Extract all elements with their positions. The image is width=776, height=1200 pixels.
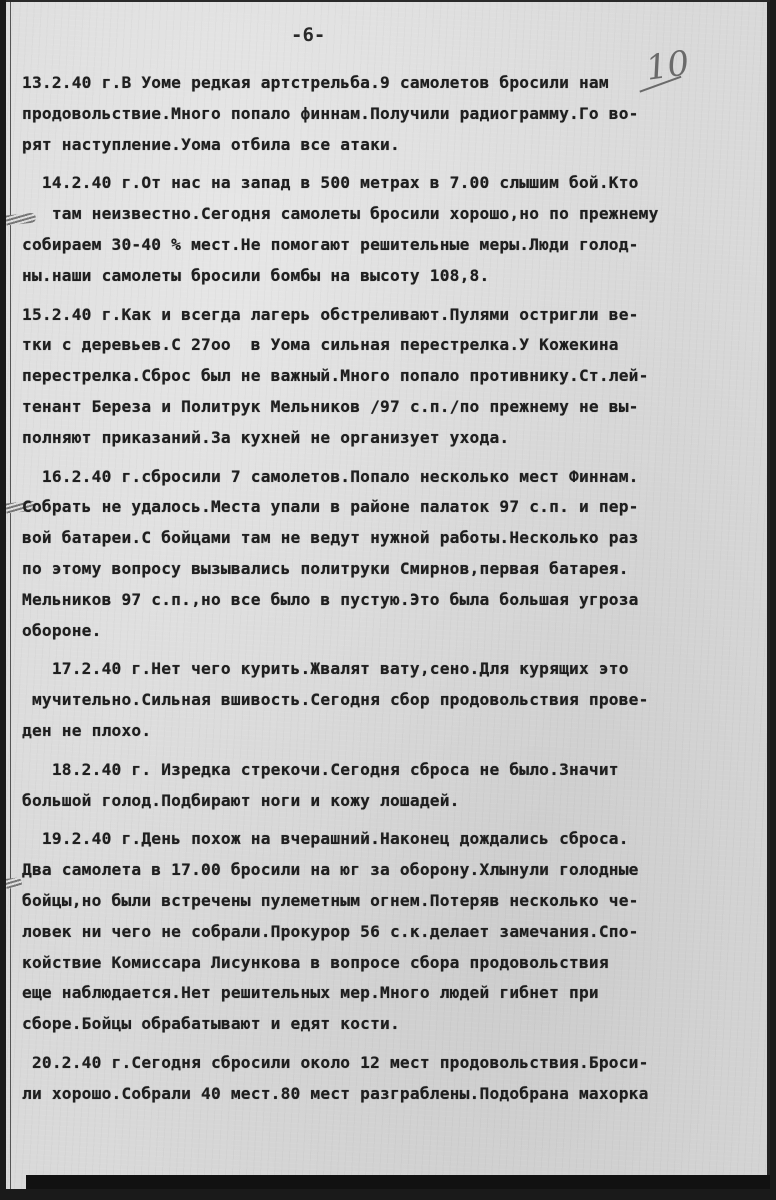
page-bottom-edge <box>26 1175 770 1189</box>
diary-line: еще наблюдается.Нет решительных мер.Мног… <box>22 978 758 1009</box>
diary-line: бойцы,но были встречены пулеметным огнем… <box>22 886 758 917</box>
diary-line: Собрать не удалось.Места упали в районе … <box>22 492 758 523</box>
diary-entry: 17.2.40 г.Нет чего курить.Жвалят вату,се… <box>22 654 758 746</box>
diary-line: койствие Комиссара Лисункова в вопросе с… <box>22 948 758 979</box>
typewritten-page: -6- 10 13.2.40 г.В Уоме редкая артстрель… <box>6 0 770 1189</box>
diary-entry: 20.2.40 г.Сегодня сбросили около 12 мест… <box>22 1048 758 1110</box>
diary-entry: 14.2.40 г.От нас на запад в 500 метрах в… <box>22 168 758 291</box>
diary-line: собираем 30-40 % мест.Не помогают решите… <box>22 230 758 261</box>
diary-line: там неизвестно.Сегодня самолеты бросили … <box>22 199 758 230</box>
diary-line: 19.2.40 г.День похож на вчерашний.Наконе… <box>22 824 758 855</box>
diary-line: 13.2.40 г.В Уоме редкая артстрельба.9 са… <box>22 68 758 99</box>
diary-line: тки с деревьев.С 27оо в Уома сильная пер… <box>22 330 758 361</box>
binding-margin-line <box>10 2 11 1189</box>
diary-line: 15.2.40 г.Как и всегда лагерь обстрелива… <box>22 300 758 331</box>
diary-line: ловек ни чего не собрали.Прокурор 56 с.к… <box>22 917 758 948</box>
diary-body: 13.2.40 г.В Уоме редкая артстрельба.9 са… <box>22 68 758 1118</box>
diary-line: ли хорошо.Собрали 40 мест.80 мест разгра… <box>22 1079 758 1110</box>
diary-line: большой голод.Подбирают ноги и кожу лоша… <box>22 786 758 817</box>
binding-thread <box>6 877 22 889</box>
diary-entry: 19.2.40 г.День похож на вчерашний.Наконе… <box>22 824 758 1040</box>
diary-line: продовольствие.Много попало финнам.Получ… <box>22 99 758 130</box>
diary-line: обороне. <box>22 616 758 647</box>
diary-line: ден не плохо. <box>22 716 758 747</box>
diary-line: 14.2.40 г.От нас на запад в 500 метрах в… <box>22 168 758 199</box>
diary-line: мучительно.Сильная вшивость.Сегодня сбор… <box>22 685 758 716</box>
page-right-edge <box>767 2 770 1189</box>
diary-line: 17.2.40 г.Нет чего курить.Жвалят вату,се… <box>22 654 758 685</box>
diary-line: перестрелка.Сброс был не важный.Много по… <box>22 361 758 392</box>
diary-line: по этому вопросу вызывались политруки См… <box>22 554 758 585</box>
diary-line: полняют приказаний.За кухней не организу… <box>22 423 758 454</box>
diary-line: сборе.Бойцы обрабатывают и едят кости. <box>22 1009 758 1040</box>
diary-line: 20.2.40 г.Сегодня сбросили около 12 мест… <box>22 1048 758 1079</box>
diary-line: Мельников 97 с.п.,но все было в пустую.Э… <box>22 585 758 616</box>
diary-entry: 13.2.40 г.В Уоме редкая артстрельба.9 са… <box>22 68 758 160</box>
diary-line: Два самолета в 17.00 бросили на юг за об… <box>22 855 758 886</box>
diary-entry: 16.2.40 г.сбросили 7 самолетов.Попало не… <box>22 462 758 647</box>
diary-line: 16.2.40 г.сбросили 7 самолетов.Попало не… <box>22 462 758 493</box>
diary-line: ны.наши самолеты бросили бомбы на высоту… <box>22 261 758 292</box>
diary-line: рят наступление.Уома отбила все атаки. <box>22 130 758 161</box>
page-number: -6- <box>291 24 325 46</box>
diary-entry: 15.2.40 г.Как и всегда лагерь обстрелива… <box>22 300 758 454</box>
diary-line: 18.2.40 г. Изредка стрекочи.Сегодня сбро… <box>22 755 758 786</box>
diary-line: вой батареи.С бойцами там не ведут нужно… <box>22 523 758 554</box>
diary-entry: 18.2.40 г. Изредка стрекочи.Сегодня сбро… <box>22 755 758 817</box>
diary-line: тенант Береза и Политрук Мельников /97 с… <box>22 392 758 423</box>
